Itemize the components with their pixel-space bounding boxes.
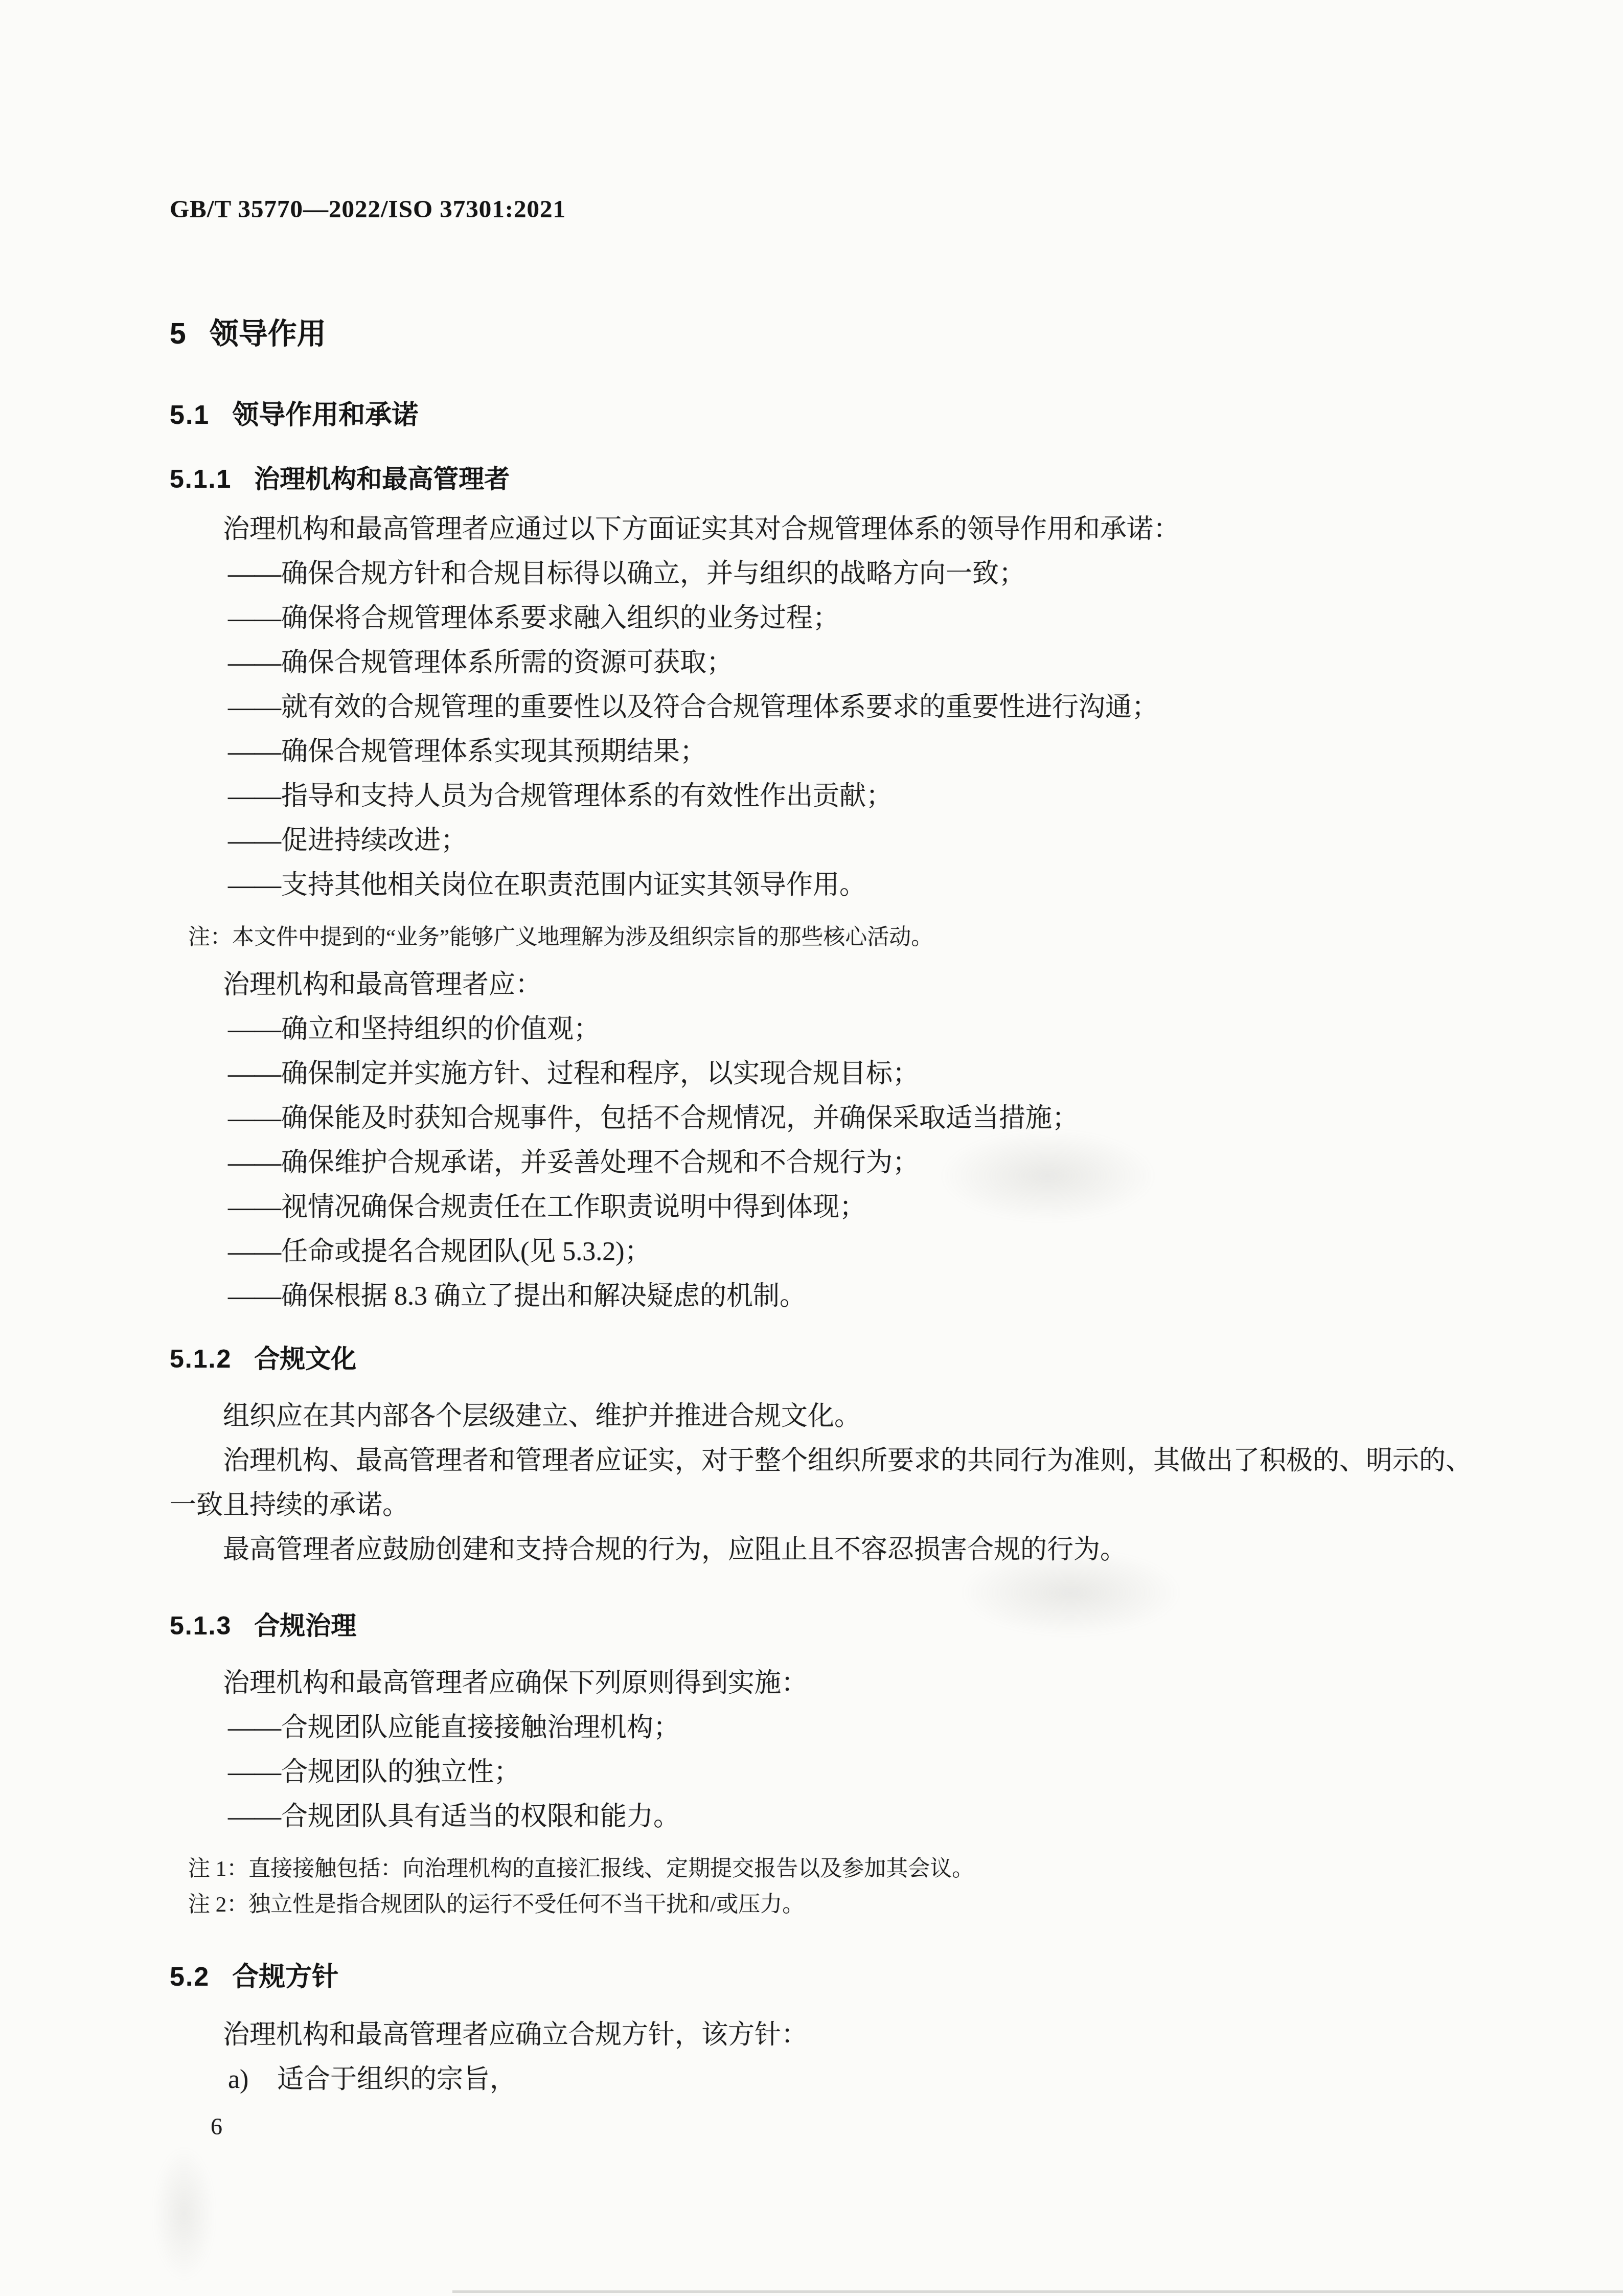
paragraph-512-3: 最高管理者应鼓励创建和支持合规的行为，应阻止且不容忍损害合规的行为。	[170, 1528, 1488, 1572]
note-513-2: 注 2：独立性是指合规团队的运行不受任何不当干扰和/或压力。	[170, 1887, 1488, 1923]
list-item: ——确保维护合规承诺，并妥善处理不合规和不合规行为；	[228, 1141, 1488, 1185]
lettered-item-a: a)适合于组织的宗旨，	[170, 2057, 1488, 2102]
document-page: GB/T 35770—2022/ISO 37301:2021 5 领导作用 5.…	[0, 0, 1623, 2296]
clause-number: 5.2	[170, 1962, 210, 1992]
heading-clause-5: 5 领导作用	[170, 317, 1488, 351]
list-item: ——合规团队具有适当的权限和能力。	[228, 1794, 1488, 1839]
clause-number: 5.1.3	[170, 1611, 232, 1641]
scan-bottom-edge	[452, 2290, 1623, 2293]
item-label: a)	[228, 2057, 277, 2102]
heading-clause-5-1-3: 5.1.3 合规治理	[170, 1611, 1488, 1641]
paragraph-511-intro: 治理机构和最高管理者应通过以下方面证实其对合规管理体系的领导作用和承诺：	[170, 507, 1488, 552]
list-item: ——确保根据 8.3 确立了提出和解决疑虑的机制。	[228, 1274, 1488, 1319]
list-511-commitments: ——确保合规方针和合规目标得以确立，并与组织的战略方向一致； ——确保将合规管理…	[170, 552, 1488, 907]
list-item: ——合规团队应能直接接触治理机构；	[228, 1706, 1488, 1750]
list-item: ——指导和支持人员为合规管理体系的有效性作出贡献；	[228, 774, 1488, 819]
clause-number: 5.1.1	[170, 464, 232, 494]
list-item: ——确保合规方针和合规目标得以确立，并与组织的战略方向一致；	[228, 552, 1488, 596]
list-item: ——促进持续改进；	[228, 819, 1488, 863]
clause-number: 5	[170, 317, 187, 351]
heading-clause-5-1-2: 5.1.2 合规文化	[170, 1344, 1488, 1374]
item-text: 适合于组织的宗旨，	[277, 2065, 516, 2094]
list-item: ——确保将合规管理体系要求融入组织的业务过程；	[228, 596, 1488, 641]
clause-title: 合规治理	[254, 1611, 356, 1641]
clause-title: 合规方针	[232, 1962, 338, 1992]
clause-title: 领导作用和承诺	[232, 400, 418, 430]
list-item: ——确保制定并实施方针、过程和程序，以实现合规目标；	[228, 1052, 1488, 1096]
clause-title: 领导作用	[210, 317, 326, 351]
list-item: ——确保合规管理体系实现其预期结果；	[228, 730, 1488, 774]
paragraph-52-intro: 治理机构和最高管理者应确立合规方针，该方针：	[170, 2013, 1488, 2057]
list-item: ——确立和坚持组织的价值观；	[228, 1007, 1488, 1052]
note-513-1: 注 1：直接接触包括：向治理机构的直接汇报线、定期提交报告以及参加其会议。	[170, 1851, 1488, 1887]
paragraph-513-intro: 治理机构和最高管理者应确保下列原则得到实施：	[170, 1661, 1488, 1706]
note-511: 注：本文件中提到的“业务”能够广义地理解为涉及组织宗旨的那些核心活动。	[170, 920, 1488, 956]
list-513-principles: ——合规团队应能直接接触治理机构； ——合规团队的独立性； ——合规团队具有适当…	[170, 1706, 1488, 1839]
paragraph-512-1: 组织应在其内部各个层级建立、维护并推进合规文化。	[170, 1394, 1488, 1439]
heading-clause-5-1: 5.1 领导作用和承诺	[170, 400, 1488, 430]
list-item: ——就有效的合规管理的重要性以及符合合规管理体系要求的重要性进行沟通；	[228, 685, 1488, 730]
clause-title: 治理机构和最高管理者	[254, 464, 510, 494]
heading-clause-5-1-1: 5.1.1 治理机构和最高管理者	[170, 464, 1488, 494]
list-item: ——确保合规管理体系所需的资源可获取；	[228, 641, 1488, 685]
clause-number: 5.1	[170, 400, 210, 430]
list-item: ——合规团队的独立性；	[228, 1750, 1488, 1794]
list-511-duties: ——确立和坚持组织的价值观； ——确保制定并实施方针、过程和程序，以实现合规目标…	[170, 1007, 1488, 1319]
paragraph-512-2: 治理机构、最高管理者和管理者应证实，对于整个组织所要求的共同行为准则，其做出了积…	[170, 1439, 1488, 1528]
list-item: ——支持其他相关岗位在职责范围内证实其领导作用。	[228, 863, 1488, 907]
clause-title: 合规文化	[254, 1344, 356, 1374]
page-number: 6	[170, 2112, 1488, 2142]
heading-clause-5-2: 5.2 合规方针	[170, 1962, 1488, 1992]
scan-smudge	[153, 2147, 215, 2280]
standard-code-header: GB/T 35770—2022/ISO 37301:2021	[170, 194, 1488, 224]
list-item: ——任命或提名合规团队(见 5.3.2)；	[228, 1230, 1488, 1274]
clause-number: 5.1.2	[170, 1344, 232, 1374]
list-item: ——视情况确保合规责任在工作职责说明中得到体现；	[228, 1185, 1488, 1230]
list-item: ——确保能及时获知合规事件，包括不合规情况，并确保采取适当措施；	[228, 1096, 1488, 1141]
paragraph-511-second-intro: 治理机构和最高管理者应：	[170, 963, 1488, 1007]
